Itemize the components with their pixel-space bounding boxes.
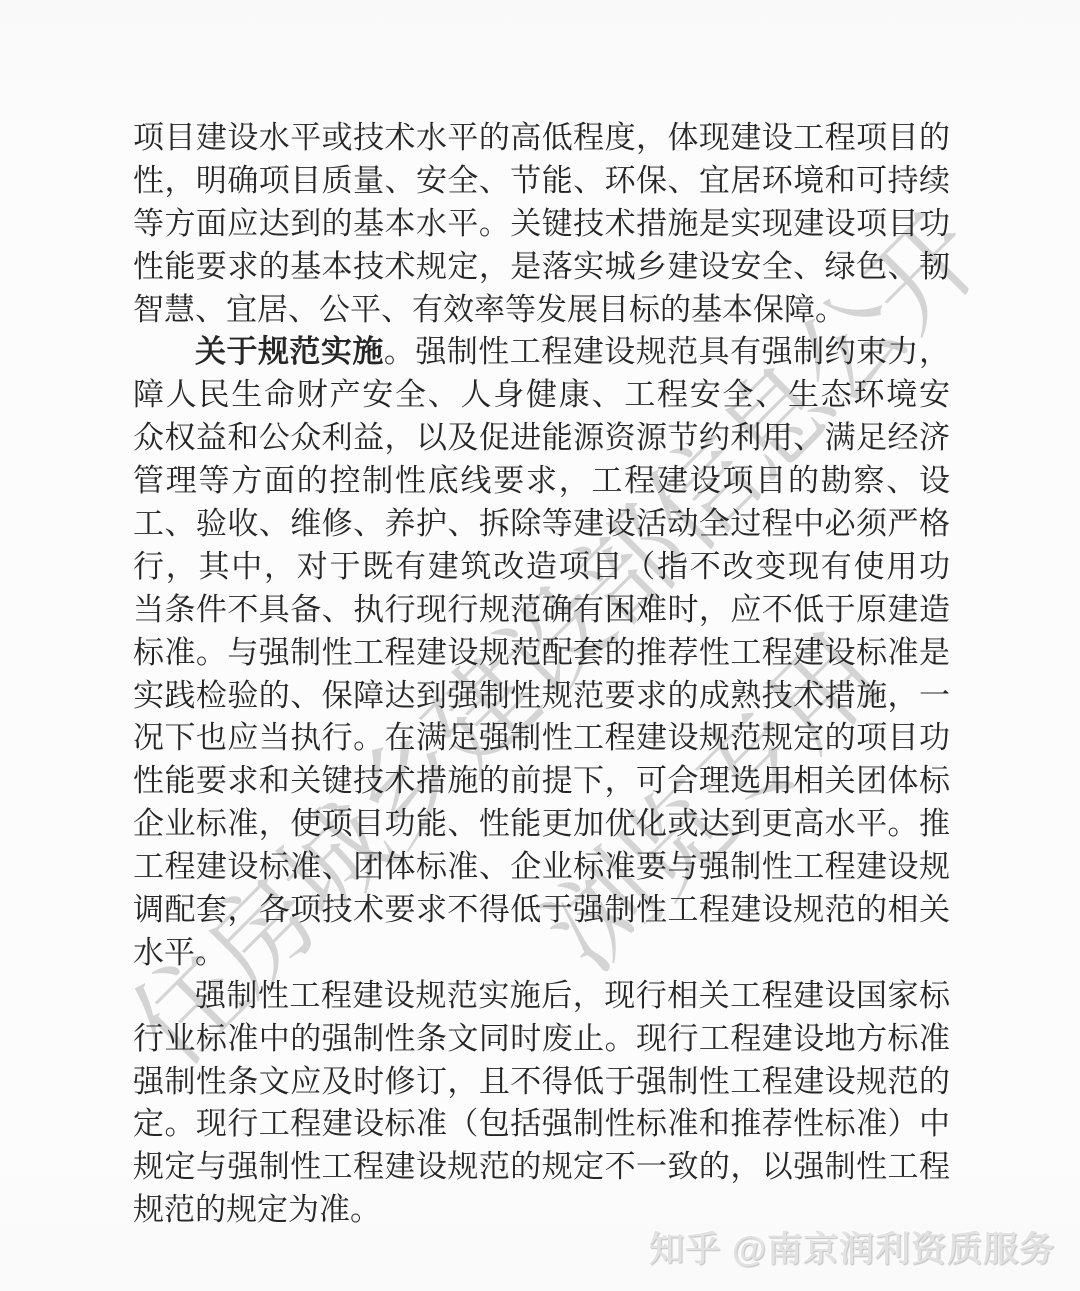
text-line: 定。现行工程建设标准（包括强制性标准和推荐性标准）中有关	[133, 1103, 950, 1146]
text-line: 况下也应当执行。在满足强制性工程建设规范规定的项目功能、	[133, 717, 950, 760]
text-line: 工、验收、维修、养护、拆除等建设活动全过程中必须严格执	[133, 503, 950, 546]
text-line: 行业标准中的强制性条文同时废止。现行工程建设地方标准中的	[133, 1018, 950, 1061]
document-text: 项目建设水平或技术水平的高低程度，体现建设工程项目的适用性，明确项目质量、安全、…	[133, 117, 950, 1232]
text-line: 关于规范实施。强制性工程建设规范具有强制约束力，是保	[133, 331, 950, 374]
paragraph-3: 强制性工程建设规范实施后，现行相关工程建设国家标准、行业标准中的强制性条文同时废…	[133, 975, 950, 1232]
text-line: 性能要求和关键技术措施的前提下，可合理选用相关团体标准、	[133, 760, 950, 803]
text-line: 等方面应达到的基本水平。关键技术措施是实现建设项目功能、	[133, 203, 950, 246]
text-line: 项目建设水平或技术水平的高低程度，体现建设工程项目的适用	[133, 117, 950, 160]
zhihu-author-watermark: 知乎 @南京润利资质服务	[649, 1222, 1055, 1272]
text-line: 性能要求的基本技术规定，是落实城乡建设安全、绿色、韧性、	[133, 246, 950, 289]
document-page: 住房城乡建设部信息公开 浏览专用 项目建设水平或技术水平的高低程度，体现建设工程…	[0, 0, 1080, 1291]
text-line: 当条件不具备、执行现行规范确有困难时，应不低于原建造时的	[133, 589, 950, 632]
text-line: 智慧、宜居、公平、有效率等发展目标的基本保障。	[133, 289, 950, 332]
text-line: 工程建设标准、团体标准、企业标准要与强制性工程建设规范协	[133, 846, 950, 889]
text-line: 实践检验的、保障达到强制性规范要求的成熟技术措施，一般情	[133, 675, 950, 718]
paragraph-1: 项目建设水平或技术水平的高低程度，体现建设工程项目的适用性，明确项目质量、安全、…	[133, 117, 950, 331]
text-line: 调配套，各项技术要求不得低于强制性工程建设规范的相关技术	[133, 889, 950, 932]
paragraph-lead-bold: 关于规范实施	[195, 334, 384, 369]
text-line: 性，明确项目质量、安全、节能、环保、宜居环境和可持续发展	[133, 160, 950, 203]
paragraph-2: 关于规范实施。强制性工程建设规范具有强制约束力，是保障人民生命财产安全、人身健康…	[133, 331, 950, 974]
text-line: 标准。与强制性工程建设规范配套的推荐性工程建设标准是经过	[133, 632, 950, 675]
text-line: 企业标准，使项目功能、性能更加优化或达到更高水平。推荐性	[133, 803, 950, 846]
text-line: 水平。	[133, 932, 950, 975]
text-line: 管理等方面的控制性底线要求，工程建设项目的勘察、设计、施	[133, 460, 950, 503]
text-line: 强制性工程建设规范实施后，现行相关工程建设国家标准、	[133, 975, 950, 1018]
text-line: 障人民生命财产安全、人身健康、工程安全、生态环境安全、公	[133, 374, 950, 417]
text-line: 规定与强制性工程建设规范的规定不一致的，以强制性工程建设	[133, 1146, 950, 1189]
text-line: 众权益和公众利益，以及促进能源资源节约利用、满足经济社会	[133, 417, 950, 460]
text-line: 强制性条文应及时修订，且不得低于强制性工程建设规范的规	[133, 1061, 950, 1104]
text-line: 行，其中，对于既有建筑改造项目（指不改变现有使用功能），	[133, 546, 950, 589]
